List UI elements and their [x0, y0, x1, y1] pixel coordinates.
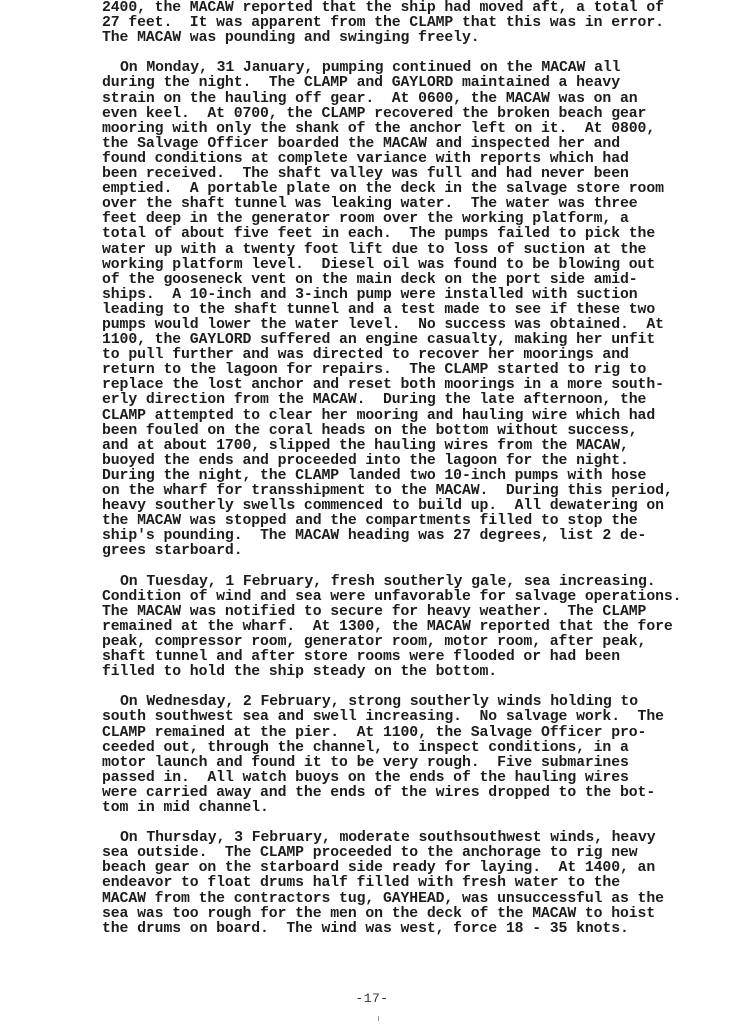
text-line: beach gear on the starboard side ready f…	[102, 861, 702, 876]
text-line: remained at the wharf. At 1300, the MACA…	[102, 620, 702, 635]
text-line: water up with a twenty foot lift due to …	[102, 243, 702, 258]
text-line: 1100, the GAYLORD suffered an engine cas…	[102, 333, 702, 348]
text-line: south southwest sea and swell increasing…	[102, 710, 702, 725]
text-line: mooring with only the shank of the ancho…	[102, 122, 702, 137]
text-line: passed in. All watch buoys on the ends o…	[102, 771, 702, 786]
text-line: heavy southerly swells commenced to buil…	[102, 499, 702, 514]
text-line: strain on the hauling off gear. At 0600,…	[102, 92, 702, 107]
text-line: total of about five feet in each. The pu…	[102, 227, 702, 242]
paragraph: On Thursday, 3 February, moderate souths…	[102, 831, 702, 937]
text-line: CLAMP remained at the pier. At 1100, the…	[102, 726, 702, 741]
text-line: the MACAW was stopped and the compartmen…	[102, 514, 702, 529]
document-page: 2400, the MACAW reported that the ship h…	[0, 0, 744, 1024]
page-number: -17-	[0, 991, 744, 1006]
text-line: Condition of wind and sea were unfavorab…	[102, 590, 702, 605]
text-line: buoyed the ends and proceeded into the l…	[102, 454, 702, 469]
text-line: motor launch and found it to be very rou…	[102, 756, 702, 771]
text-line: leading to the shaft tunnel and a test m…	[102, 303, 702, 318]
text-line: the drums on board. The wind was west, f…	[102, 922, 702, 937]
scan-speck	[378, 1016, 379, 1021]
text-line: found conditions at complete variance wi…	[102, 152, 702, 167]
text-line: been received. The shaft valley was full…	[102, 167, 702, 182]
text-line: MACAW from the contractors tug, GAYHEAD,…	[102, 892, 702, 907]
text-line: The MACAW was notified to secure for hea…	[102, 605, 702, 620]
text-line: working platform level. Diesel oil was f…	[102, 258, 702, 273]
text-line: to pull further and was directed to reco…	[102, 348, 702, 363]
text-line: ship's pounding. The MACAW heading was 2…	[102, 529, 702, 544]
text-line: pumps would lower the water level. No su…	[102, 318, 702, 333]
text-line: grees starboard.	[102, 544, 702, 559]
text-line: On Monday, 31 January, pumping continued…	[102, 61, 702, 76]
body-text: 2400, the MACAW reported that the ship h…	[102, 1, 702, 952]
text-line: even keel. At 0700, the CLAMP recovered …	[102, 107, 702, 122]
text-line: replace the lost anchor and reset both m…	[102, 378, 702, 393]
text-line: sea outside. The CLAMP proceeded to the …	[102, 846, 702, 861]
text-line: CLAMP attempted to clear her mooring and…	[102, 409, 702, 424]
text-line: endeavor to float drums half filled with…	[102, 876, 702, 891]
text-line: sea was too rough for the men on the dec…	[102, 907, 702, 922]
text-line: emptied. A portable plate on the deck in…	[102, 182, 702, 197]
text-line: and at about 1700, slipped the hauling w…	[102, 439, 702, 454]
text-line: ships. A 10-inch and 3-inch pump were in…	[102, 288, 702, 303]
text-line: 2400, the MACAW reported that the ship h…	[102, 1, 702, 16]
text-line: 27 feet. It was apparent from the CLAMP …	[102, 16, 702, 31]
text-line: feet deep in the generator room over the…	[102, 212, 702, 227]
text-line: erly direction from the MACAW. During th…	[102, 393, 702, 408]
text-line: The MACAW was pounding and swinging free…	[102, 31, 702, 46]
text-line: been fouled on the coral heads on the bo…	[102, 424, 702, 439]
text-line: of the gooseneck vent on the main deck o…	[102, 273, 702, 288]
text-line: On Tuesday, 1 February, fresh southerly …	[102, 575, 702, 590]
text-line: on the wharf for transshipment to the MA…	[102, 484, 702, 499]
paragraph: On Tuesday, 1 February, fresh southerly …	[102, 575, 702, 681]
paragraph: 2400, the MACAW reported that the ship h…	[102, 1, 702, 46]
text-line: On Thursday, 3 February, moderate souths…	[102, 831, 702, 846]
text-line: during the night. The CLAMP and GAYLORD …	[102, 76, 702, 91]
text-line: return to the lagoon for repairs. The CL…	[102, 363, 702, 378]
text-line: During the night, the CLAMP landed two 1…	[102, 469, 702, 484]
paragraph: On Monday, 31 January, pumping continued…	[102, 61, 702, 559]
text-line: over the shaft tunnel was leaking water.…	[102, 197, 702, 212]
text-line: filled to hold the ship steady on the bo…	[102, 665, 702, 680]
text-line: tom in mid channel.	[102, 801, 702, 816]
text-line: peak, compressor room, generator room, m…	[102, 635, 702, 650]
text-line: On Wednesday, 2 February, strong souther…	[102, 695, 702, 710]
text-line: shaft tunnel and after store rooms were …	[102, 650, 702, 665]
text-line: the Salvage Officer boarded the MACAW an…	[102, 137, 702, 152]
text-line: were carried away and the ends of the wi…	[102, 786, 702, 801]
paragraph: On Wednesday, 2 February, strong souther…	[102, 695, 702, 816]
text-line: ceeded out, through the channel, to insp…	[102, 741, 702, 756]
